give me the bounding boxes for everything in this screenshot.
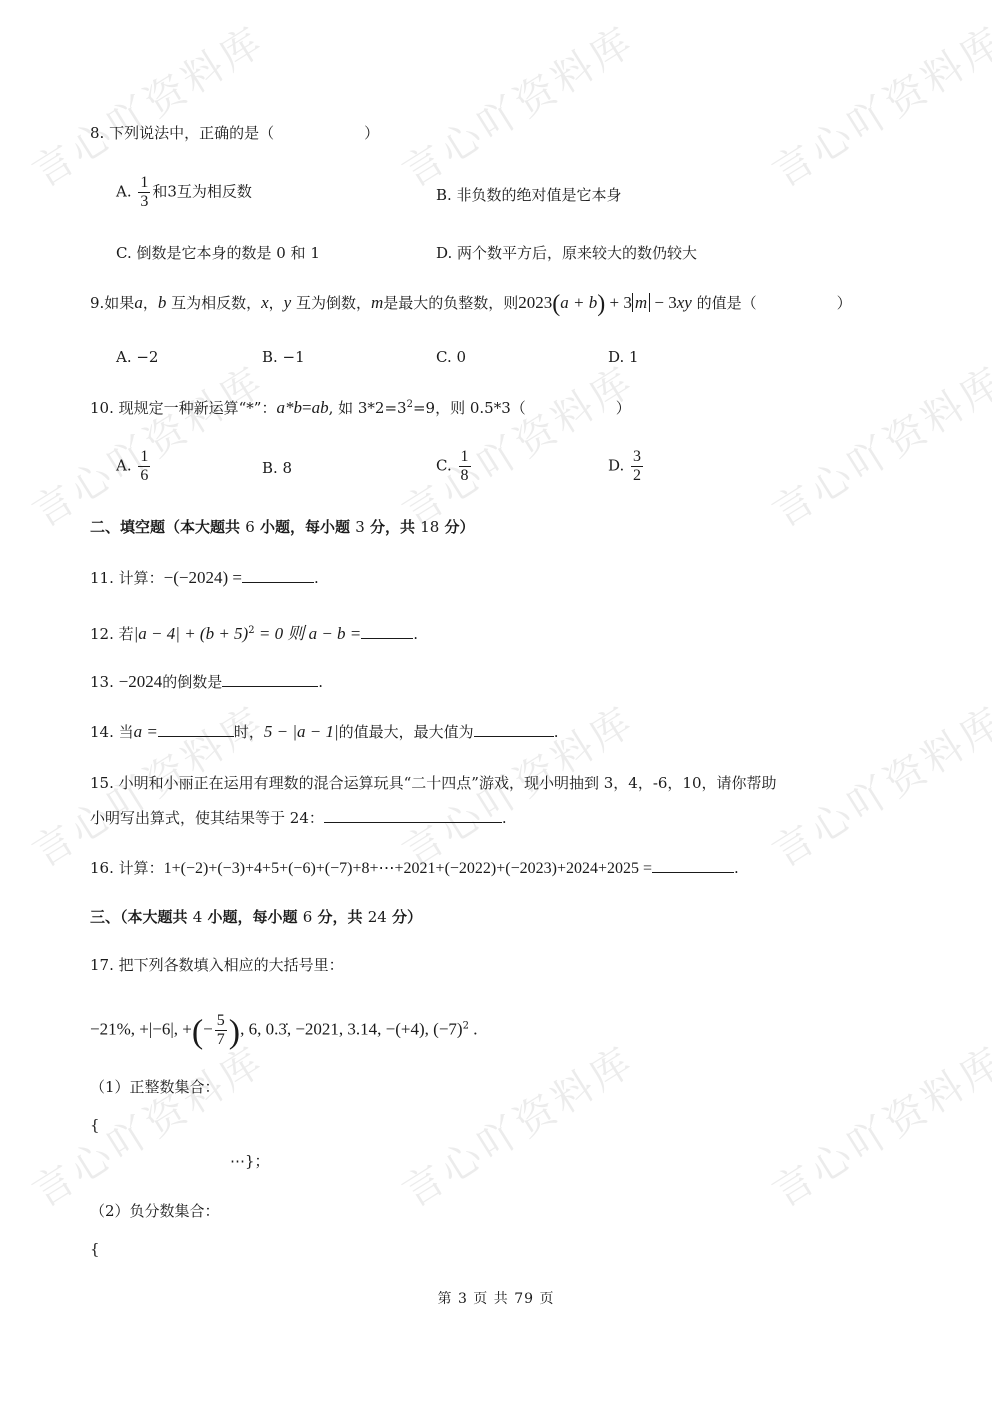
question-11: 11. 计算：−(−2024) =.	[90, 566, 319, 589]
question-17-stem: 17. 把下列各数填入相应的大括号里：	[90, 954, 344, 976]
section-2-heading: 二、填空题（本大题共 6 小题，每小题 3 分，共 18 分）	[90, 516, 475, 538]
watermark: 言心吖资料库	[20, 350, 274, 538]
set-answer-area-1[interactable]: ⋯}；	[230, 1150, 270, 1172]
question-8-option-c: C. 倒数是它本身的数是 0 和 1	[116, 242, 320, 264]
question-8-stem: 8. 下列说法中，正确的是（）	[90, 122, 379, 144]
fraction: 32	[631, 448, 643, 485]
answer-blank[interactable]	[324, 806, 502, 823]
watermark: 言心吖资料库	[390, 10, 644, 198]
question-10-option-d: D. 32	[608, 448, 645, 485]
question-15-line-1: 15. 小明和小丽正在运用有理数的混合运算玩具“二十四点”游戏，现小明抽到 3，…	[90, 772, 777, 794]
question-9-option-c: C. 0	[436, 346, 466, 368]
question-9-stem: 9.如果a，b 互为相反数，x，y 互为倒数，m是最大的负整数，则2023(a …	[90, 292, 852, 315]
watermark: 言心吖资料库	[760, 10, 992, 198]
question-17-sub-1: （1）正整数集合：	[90, 1076, 220, 1098]
question-9-option-d: D. 1	[608, 346, 639, 368]
watermark: 言心吖资料库	[20, 10, 274, 198]
watermark: 言心吖资料库	[390, 1030, 644, 1218]
answer-blank[interactable]	[652, 856, 734, 873]
answer-blank[interactable]	[242, 566, 314, 583]
answer-blank[interactable]	[361, 622, 413, 639]
answer-blank[interactable]	[474, 720, 554, 737]
fraction: 57	[215, 1012, 227, 1049]
page-number: 第 3 页 共 79 页	[0, 1288, 992, 1308]
watermark: 言心吖资料库	[390, 350, 644, 538]
question-10-stem: 10. 现规定一种新运算“*”：a*b=ab, 如 3*2=32=9，则 0.5…	[90, 394, 631, 419]
fraction: 13	[138, 174, 150, 211]
question-15-line-2: 小明写出算式，使其结果等于 24：.	[90, 806, 507, 829]
question-10-option-c: C. 18	[436, 448, 473, 485]
question-17-sub-2: （2）负分数集合：	[90, 1200, 220, 1222]
set-brace-open: {	[90, 1238, 100, 1260]
question-12: 12. 若|a − 4| + (b + 5)2 = 0 则 a − b =.	[90, 620, 418, 645]
question-14: 14. 当a =时，5 − |a − 1|的值最大，最大值为.	[90, 720, 558, 743]
question-8-option-a: A. 13和3互为相反数	[116, 174, 252, 211]
question-16: 16. 计算：1+(−2)+(−3)+4+5+(−6)+(−7)+8+⋯+202…	[90, 856, 739, 880]
watermark: 言心吖资料库	[760, 690, 992, 878]
question-13: 13. −2024的倒数是.	[90, 670, 323, 693]
question-9-option-b: B. −1	[262, 346, 305, 368]
question-10-option-b: B. 8	[262, 457, 292, 479]
section-3-heading: 三、（本大题共 4 小题，每小题 6 分，共 24 分）	[90, 906, 422, 928]
fraction: 18	[459, 448, 471, 485]
question-8-option-d: D. 两个数平方后，原来较大的数仍较大	[436, 242, 697, 264]
watermark: 言心吖资料库	[760, 350, 992, 538]
answer-blank[interactable]	[222, 670, 318, 687]
question-10-option-a: A. 16	[116, 448, 152, 485]
watermark: 言心吖资料库	[20, 1030, 274, 1218]
answer-blank[interactable]	[158, 720, 234, 737]
set-brace-open: {	[90, 1114, 100, 1136]
question-17-numbers: −21%, +|−6|, +(−57), 6, 0.3̇, −2021, 3.1…	[90, 1012, 477, 1049]
question-9-option-a: A. −2	[116, 346, 158, 368]
watermark: 言心吖资料库	[760, 1030, 992, 1218]
question-8-option-b: B. 非负数的绝对值是它本身	[436, 184, 622, 206]
fraction: 16	[138, 448, 150, 485]
